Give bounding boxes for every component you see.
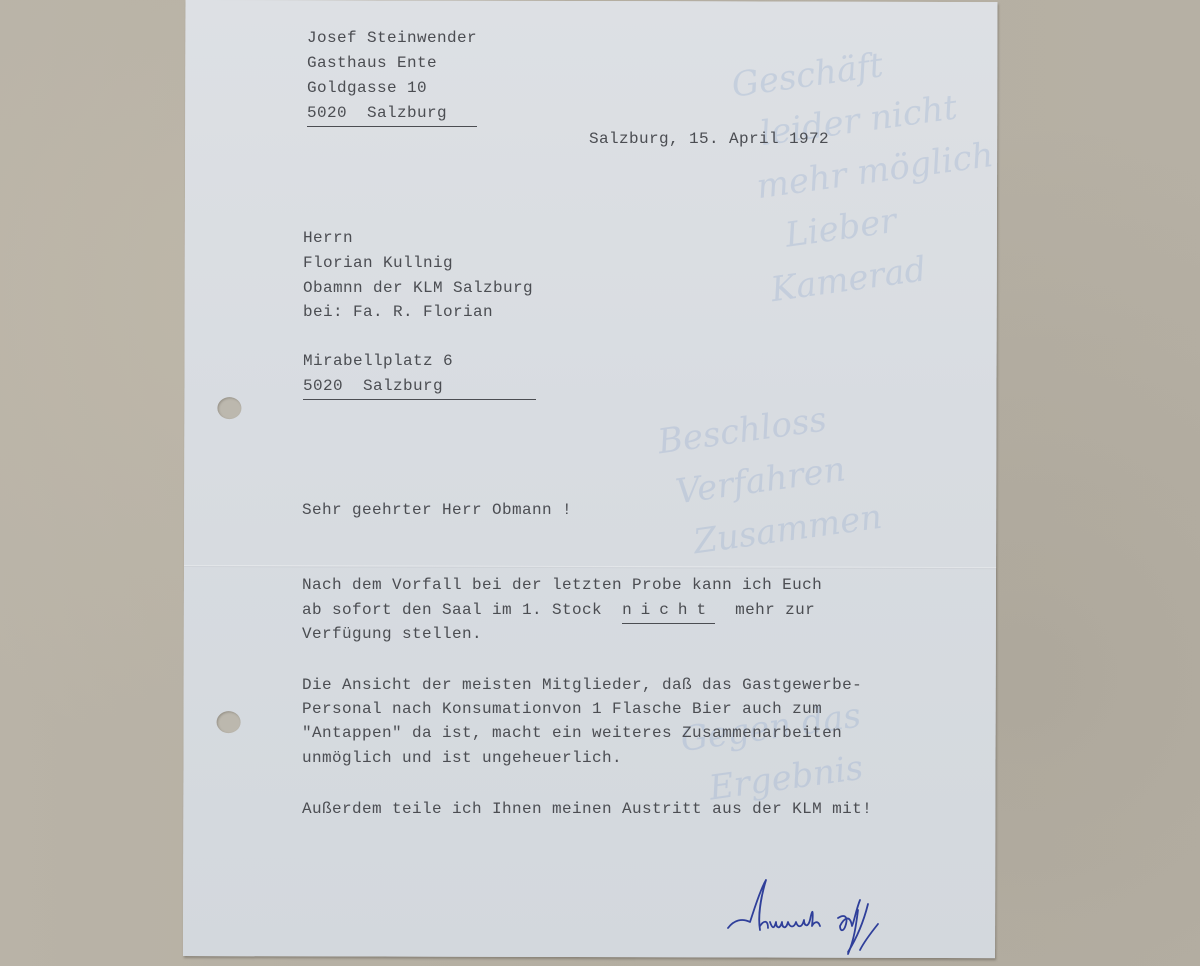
paper-fold-crease xyxy=(184,565,996,569)
paragraph1-line1: Nach dem Vorfall bei der letzten Probe k… xyxy=(302,573,822,598)
recipient-street: Mirabellplatz 6 xyxy=(303,349,453,374)
paragraph2-line2: Personal nach Konsumationvon 1 Flasche B… xyxy=(302,697,822,722)
sender-street: Goldgasse 10 xyxy=(307,76,427,101)
paragraph1-line2-end: mehr zur xyxy=(715,601,815,619)
recipient-city-underlined: 5020 Salzburg xyxy=(303,374,536,400)
recipient-salutation: Herrn xyxy=(303,226,353,251)
punch-hole-top xyxy=(217,397,241,419)
sender-business: Gasthaus Ente xyxy=(307,51,437,76)
recipient-name: Florian Kullnig xyxy=(303,251,453,276)
handwritten-signature xyxy=(720,870,920,960)
punch-hole-bottom xyxy=(217,711,241,733)
paragraph1-line2: ab sofort den Saal im 1. Stock nicht meh… xyxy=(302,598,815,624)
emphasis-nicht: nicht xyxy=(622,598,715,624)
date-line: Salzburg, 15. April 1972 xyxy=(589,127,829,152)
recipient-city: 5020 Salzburg xyxy=(303,374,536,400)
paragraph2-line1: Die Ansicht der meisten Mitglieder, daß … xyxy=(302,673,862,698)
recipient-title: Obamnn der KLM Salzburg xyxy=(303,276,533,301)
paragraph2-line4: unmöglich und ist ungeheuerlich. xyxy=(302,746,622,771)
sender-city-underlined: 5020 Salzburg xyxy=(307,101,477,127)
greeting: Sehr geehrter Herr Obmann ! xyxy=(302,498,572,523)
paragraph1-line2-start: ab sofort den Saal im 1. Stock xyxy=(302,601,622,619)
recipient-care-of: bei: Fa. R. Florian xyxy=(303,300,493,325)
show-through-handwriting: Geschäft leider nicht mehr möglich Liebe… xyxy=(728,26,1010,318)
paragraph2-line3: "Antappen" da ist, macht ein weiteres Zu… xyxy=(302,721,842,746)
sender-name: Josef Steinwender xyxy=(307,26,477,51)
sender-city: 5020 Salzburg xyxy=(307,101,477,127)
show-through-handwriting: Beschloss Verfahren Zusammen xyxy=(655,388,886,571)
paragraph1-line3: Verfügung stellen. xyxy=(302,622,482,647)
paragraph3: Außerdem teile ich Ihnen meinen Austritt… xyxy=(302,797,872,822)
